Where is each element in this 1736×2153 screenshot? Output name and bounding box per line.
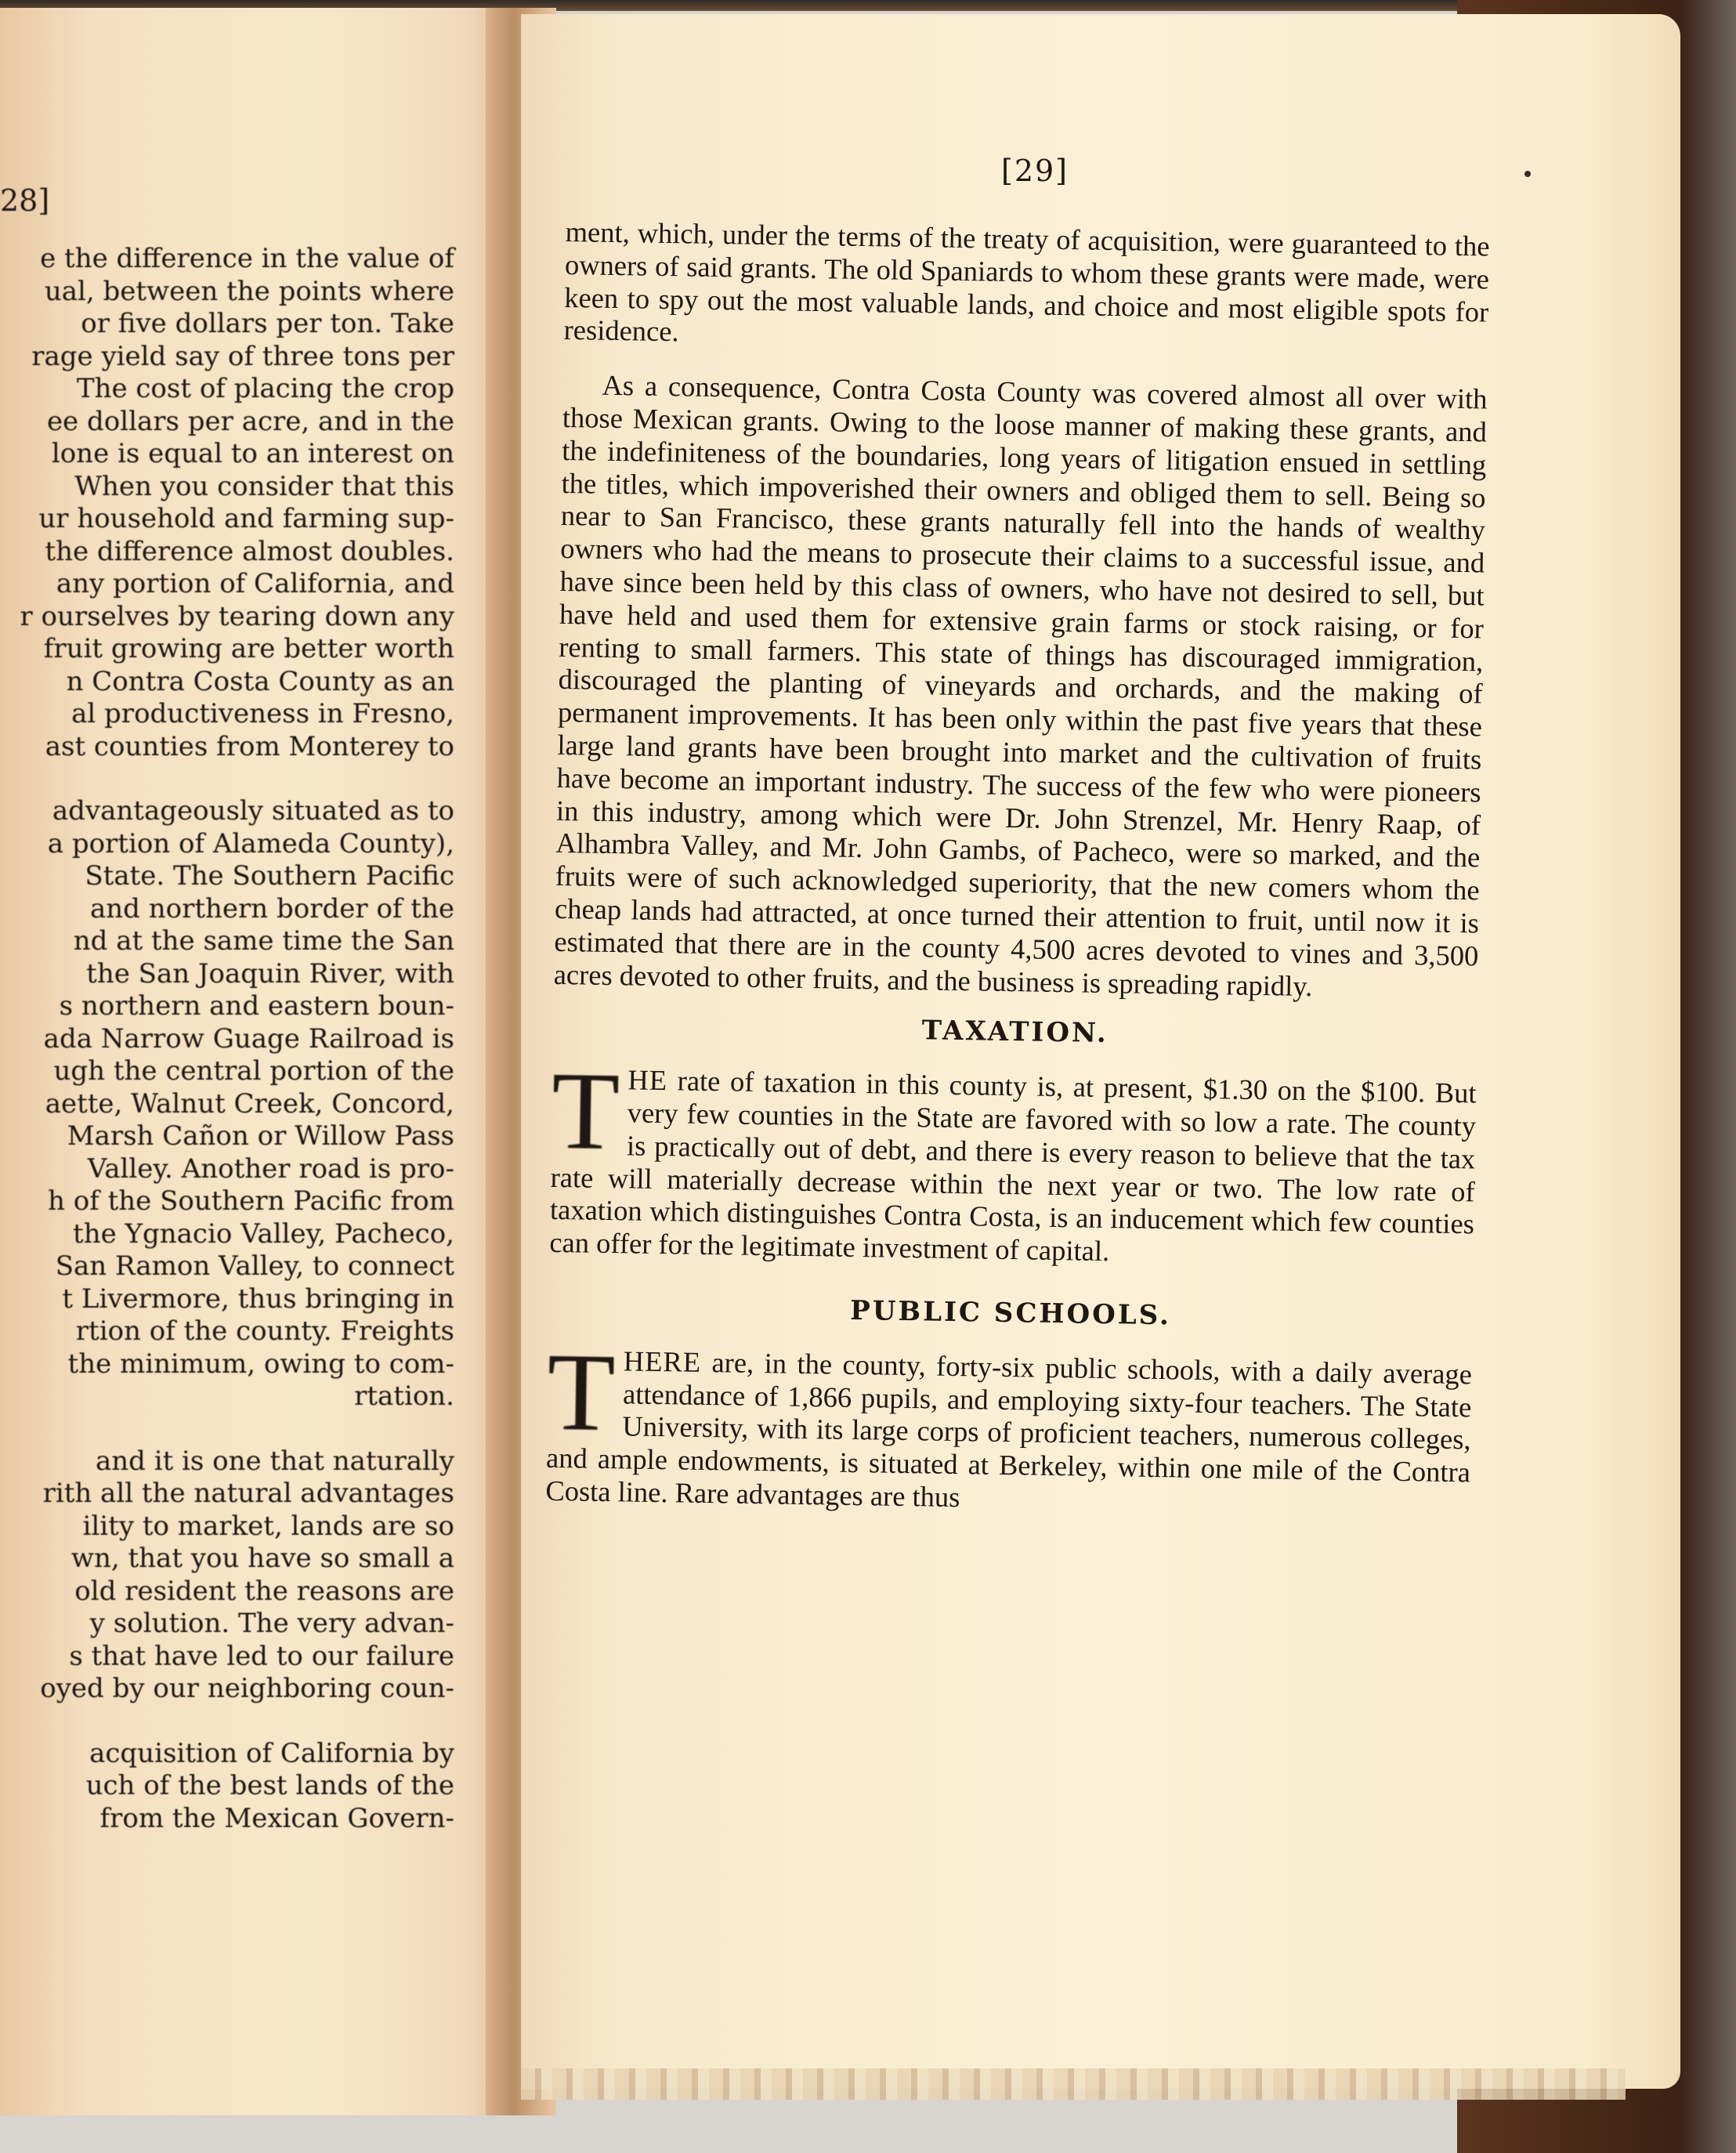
text-line: When you consider that this [0, 471, 454, 504]
text-line: ada Narrow Guage Railroad is [0, 1023, 454, 1056]
text-line: wn, that you have so small a [0, 1543, 454, 1576]
text-line: h of the Southern Pacific from [0, 1185, 454, 1218]
text-line: the Ygnacio Valley, Pacheco, [0, 1218, 454, 1251]
text-line: ility to market, lands are so [0, 1511, 454, 1543]
text-line: and it is one that naturally [0, 1446, 454, 1478]
text-line: lone is equal to an interest on [0, 438, 454, 471]
paper-speck [1524, 171, 1531, 177]
text-line: acquisition of California by [0, 1738, 454, 1771]
text-line: nd at the same time the San [0, 925, 454, 958]
text-line: or five dollars per ton. Take [0, 308, 454, 341]
left-page-text: e the difference in the value ofual, bet… [0, 243, 454, 1835]
text-line: and northern border of the [0, 893, 454, 926]
text-line: aette, Walnut Creek, Concord, [0, 1088, 454, 1121]
text-line: the difference almost doubles. [0, 536, 454, 569]
section-heading-public-schools: PUBLIC SCHOOLS. [548, 1290, 1474, 1337]
text-line: r ourselves by tearing down any [0, 601, 454, 634]
text-line: Valley. Another road is pro- [0, 1153, 454, 1186]
section-heading-taxation: TAXATION. [552, 1009, 1477, 1056]
text-line: State. The Southern Pacific [0, 860, 454, 893]
dropcap-letter: T [551, 1067, 620, 1154]
page-bottom-edge [521, 2068, 1626, 2100]
paragraph-gap [0, 1413, 454, 1446]
page-number: [29] [1001, 154, 1069, 188]
text-line: Marsh Cañon or Willow Pass [0, 1120, 454, 1153]
text-line: n Contra Costa County as an [0, 666, 454, 699]
text-line: rtion of the county. Freights [0, 1315, 454, 1348]
text-line: ur household and farming sup- [0, 503, 454, 536]
left-page-number: 28] [0, 183, 49, 218]
text-line: rtation. [0, 1380, 454, 1413]
text-line: uch of the best lands of the [0, 1770, 454, 1803]
text-line: The cost of placing the crop [0, 373, 454, 406]
text-line: e the difference in the value of [0, 243, 454, 276]
text-line: a portion of Alameda County), [0, 828, 454, 861]
text-line: rith all the natural advantages [0, 1478, 454, 1511]
text-line: any portion of California, and [0, 568, 454, 601]
text-line: ugh the central portion of the [0, 1055, 454, 1088]
text-line: the San Joaquin River, with [0, 958, 454, 991]
text-line: advantageously situated as to [0, 795, 454, 828]
text-line: ual, between the points where [0, 276, 454, 309]
dropcap-letter: T [547, 1348, 616, 1435]
text-line: old resident the reasons are [0, 1576, 454, 1608]
lead-word: HERE [623, 1344, 701, 1378]
paragraph-consequence: As a consequence, Contra Costa County wa… [553, 368, 1487, 1005]
text-line: from the Mexican Govern- [0, 1803, 454, 1836]
taxation-body: rate of taxation in this county is, at p… [549, 1065, 1477, 1268]
text-line: ee dollars per acre, and in the [0, 406, 454, 439]
left-page: 28] e the difference in the value ofual,… [0, 8, 517, 2115]
text-line: the minimum, owing to com- [0, 1348, 454, 1381]
section-public-schools: T HERE are, in the county, forty-six pub… [545, 1344, 1472, 1522]
text-line: s northern and eastern boun- [0, 990, 454, 1023]
right-page-text: ment, which, under the terms of the trea… [545, 215, 1490, 1522]
text-line: y solution. The very advan- [0, 1608, 454, 1641]
text-line: ast counties from Monterey to [0, 731, 454, 764]
text-line: rage yield say of three tons per [0, 341, 454, 374]
text-line: al productiveness in Fresno, [0, 698, 454, 731]
text-line: fruit growing are better worth [0, 633, 454, 666]
section-taxation: T HE rate of taxation in this county is,… [549, 1062, 1477, 1273]
text-line: t Livermore, thus bringing in [0, 1283, 454, 1316]
paragraph-grants: ment, which, under the terms of the trea… [563, 215, 1489, 361]
paragraph-gap [0, 763, 454, 795]
text-line: San Ramon Valley, to connect [0, 1250, 454, 1283]
paragraph-gap [0, 1706, 454, 1738]
lead-word: HE [627, 1064, 667, 1097]
text-line: oyed by our neighboring coun- [0, 1673, 454, 1706]
text-line: s that have led to our failure [0, 1641, 454, 1674]
